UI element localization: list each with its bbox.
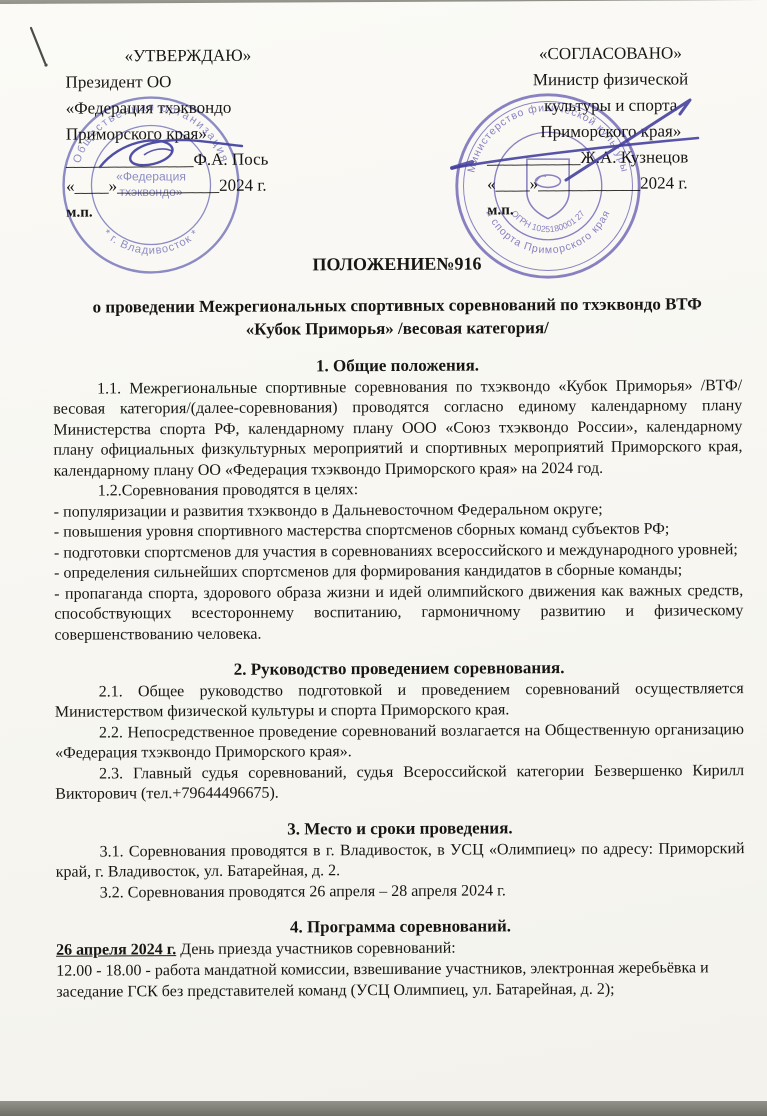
- approval-left-line2: «Федерация тхэквондо: [66, 94, 311, 121]
- date-blank: «____»____________: [66, 176, 219, 196]
- approval-block-soglasovano: «СОГЛАСОВАНО» Министр физической культур…: [486, 40, 735, 223]
- document-title: ПОЛОЖЕНИЕ№916: [52, 252, 741, 277]
- paragraph-3-1: 3.1. Соревнования проводятся в г. Владив…: [56, 839, 745, 884]
- approval-right-line2: культуры и спорта: [487, 92, 735, 119]
- approval-left-seal-mark: м.п.: [66, 198, 311, 225]
- signature-blank: _______________: [66, 150, 194, 170]
- approval-right-date-line: «____»____________2024 г.: [487, 170, 735, 197]
- scanned-document-page: { "approval_left": { "title": "«УТВЕРЖДА…: [0, 0, 767, 1116]
- paragraph-2-2: 2.2. Непосредственное проведение соревно…: [55, 720, 744, 765]
- approval-left-date-line: «____»____________2024 г.: [66, 172, 311, 199]
- approval-right-line1: Министр физической: [486, 66, 734, 93]
- date-year: 2024 г.: [640, 173, 688, 192]
- section-4-heading: 4. Программа соревнований.: [56, 915, 745, 939]
- approval-left-title: «УТВЕРЖДАЮ»: [65, 42, 310, 69]
- paragraph-2-1: 2.1. Общее руководство подготовкой и про…: [55, 679, 744, 724]
- paragraph-1-1: 1.1. Межрегиональные спортивные соревнов…: [53, 376, 743, 482]
- approval-right-seal-mark: м.п.: [487, 196, 735, 223]
- scan-bottom-edge: [0, 1101, 767, 1116]
- program-date-caption: День приезда участников соревнований:: [176, 940, 456, 958]
- approval-right-title: «СОГЛАСОВАНО»: [486, 40, 734, 67]
- section-1-heading: 1. Общие положения.: [53, 354, 742, 378]
- signer-name: Ж.А. Кузнецов: [580, 147, 688, 167]
- signer-name: Ф.А. Пось: [193, 150, 268, 169]
- document-subtitle: о проведении Межрегиональных спортивных …: [53, 293, 742, 342]
- paragraph-2-3: 2.3. Главный судья соревнований, судья В…: [55, 761, 744, 806]
- section-2-heading: 2. Руководство проведением соревнования.: [55, 657, 744, 681]
- signature-blank: ___________: [487, 148, 581, 167]
- program-date: 26 апреля 2024 г.: [56, 941, 176, 959]
- program-schedule: 12.00 - 18.00 - работа мандатной комисси…: [56, 958, 745, 1003]
- approval-left-signature-line: _______________Ф.А. Пось: [66, 146, 311, 173]
- goal-bullet: - пропаганда спорта, здорового образа жи…: [54, 581, 743, 646]
- approval-right-signature-line: ___________Ж.А. Кузнецов: [487, 144, 735, 171]
- approval-left-line1: Президент ОО: [65, 68, 310, 95]
- paragraph-3-2: 3.2. Соревнования проводятся 26 апреля –…: [56, 880, 745, 904]
- date-blank: «____»____________: [487, 174, 640, 194]
- approval-left-line3: Приморского края»: [66, 120, 311, 147]
- approval-right-line3: Приморского края»: [487, 118, 735, 145]
- date-year: 2024 г.: [219, 176, 267, 195]
- approval-block-utverzhdayu: «УТВЕРЖДАЮ» Президент ОО «Федерация тхэк…: [65, 42, 311, 225]
- document-content: «УТВЕРЖДАЮ» Президент ОО «Федерация тхэк…: [0, 0, 767, 1004]
- section-3-heading: 3. Место и сроки проведения.: [55, 817, 744, 841]
- paper-sheet: «УТВЕРЖДАЮ» Президент ОО «Федерация тхэк…: [0, 0, 767, 1105]
- approval-header: «УТВЕРЖДАЮ» Президент ОО «Федерация тхэк…: [51, 40, 741, 226]
